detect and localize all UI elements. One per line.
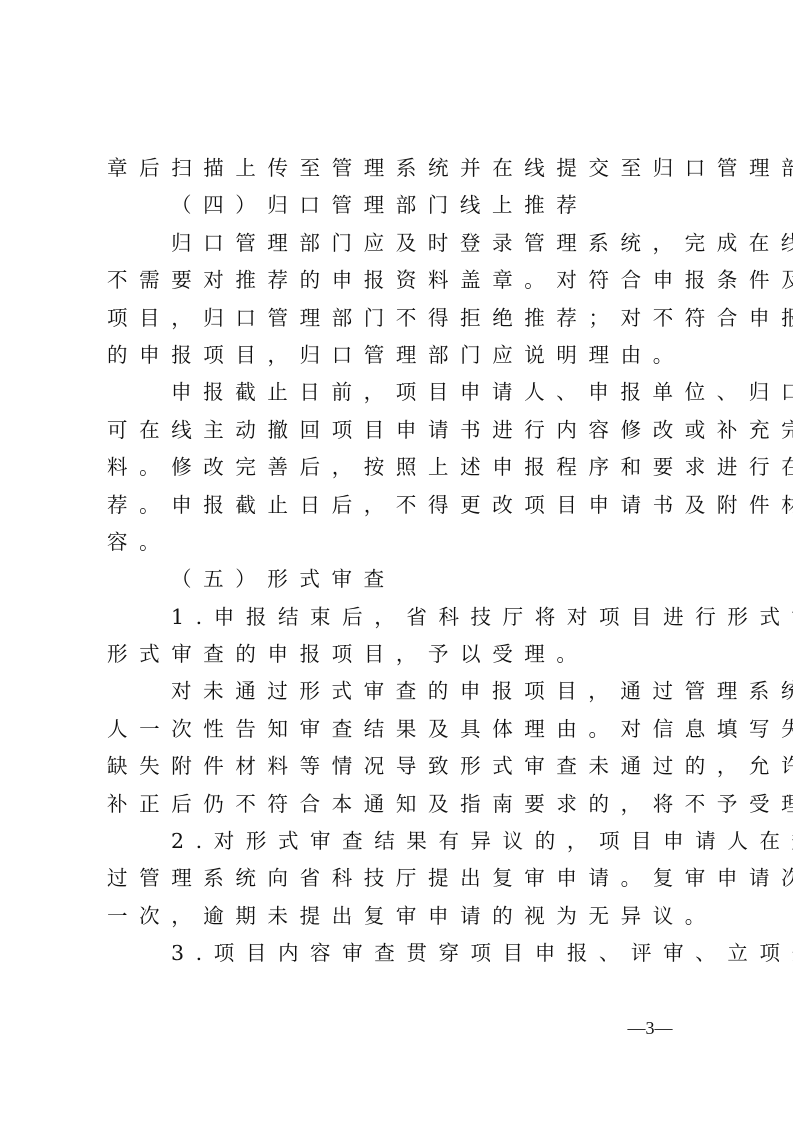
paragraph-line: 容。 — [107, 524, 691, 561]
paragraph-line: 归口管理部门应及时登录管理系统，完成在线审核和推荐， — [107, 225, 691, 262]
paragraph-line: 对未通过形式审查的申报项目，通过管理系统向项目申请 — [107, 673, 691, 710]
paragraph-line: 可在线主动撤回项目申请书进行内容修改或补充完善附件材 — [107, 412, 691, 449]
paragraph-line: 缺失附件材料等情况导致形式审查未通过的，允许补正一次。 — [107, 748, 691, 785]
document-body: 章后扫描上传至管理系统并在线提交至归口管理部门。 （四）归口管理部门线上推荐 归… — [107, 150, 691, 973]
paragraph-line: 不需要对推荐的申报资料盖章。对符合申报条件及要求的申报 — [107, 262, 691, 299]
paragraph-line: 2.对形式审查结果有异议的，项目申请人在规定时间内通 — [107, 823, 691, 860]
paragraph-line: 1.申报结束后，省科技厅将对项目进行形式审查，对通过 — [107, 599, 691, 636]
text-line-continuation: 章后扫描上传至管理系统并在线提交至归口管理部门。 — [107, 150, 691, 187]
section-heading-5: （五）形式审查 — [107, 561, 691, 598]
paragraph-line: 补正后仍不符合本通知及指南要求的，将不予受理。 — [107, 786, 691, 823]
section-heading-4: （四）归口管理部门线上推荐 — [107, 187, 691, 224]
paragraph-line: 人一次性告知审查结果及具体理由。对信息填写失误和不完整、 — [107, 711, 691, 748]
paragraph-line: 项目，归口管理部门不得拒绝推荐；对不符合申报条件及要求 — [107, 300, 691, 337]
page-number: —3— — [620, 1018, 680, 1039]
paragraph-line: 申报截止日前，项目申请人、申报单位、归口管理部门均 — [107, 374, 691, 411]
paragraph-line: 3.项目内容审查贯穿项目申报、评审、立项全过程，如发 — [107, 935, 691, 972]
paragraph-line: 过管理系统向省科技厅提出复审申请。复审申请次数不得超过 — [107, 860, 691, 897]
paragraph-line: 荐。申报截止日后，不得更改项目申请书及附件材料的任何内 — [107, 487, 691, 524]
paragraph-line: 料。修改完善后，按照上述申报程序和要求进行在线审核和推 — [107, 449, 691, 486]
paragraph-line: 一次，逾期未提出复审申请的视为无异议。 — [107, 898, 691, 935]
paragraph-line: 的申报项目，归口管理部门应说明理由。 — [107, 337, 691, 374]
paragraph-line: 形式审查的申报项目，予以受理。 — [107, 636, 691, 673]
